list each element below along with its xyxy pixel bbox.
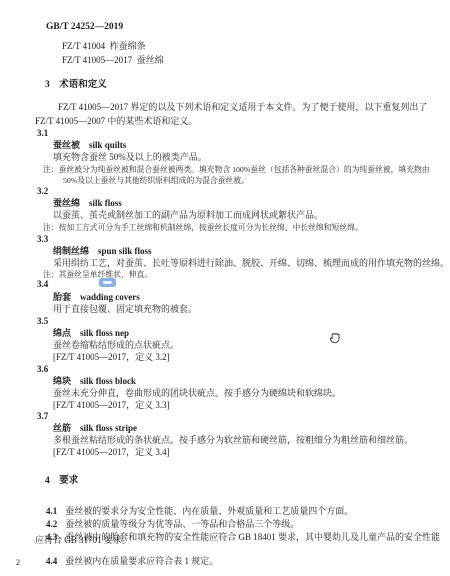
term-note: 50%及以上蚕丝与其他纺织原料组成的为混合蚕丝被。 — [63, 177, 249, 185]
term-definition: 蚕丝卷缩粘结形成的点状疵点。 — [53, 341, 179, 350]
standard-code-header: GB/T 24252—2019 — [46, 23, 123, 33]
pdf-page[interactable]: GB/T 24252—2019 FZ/T 41004 柞蚕绵条 FZ/T 410… — [0, 0, 450, 576]
term-note: 注：其蚕丝呈单纤维状、伸直。 — [43, 271, 152, 279]
term-title: 丝筋 silk floss stripe — [53, 424, 137, 433]
requirement-continuation: 应符合 GB 31701 要求。 — [35, 536, 131, 545]
term-note: 注：按加工方式可分为手工丝绵和机制丝绵，按蚕丝长度可分为长丝绵、中长丝绵和短丝绵… — [43, 224, 363, 232]
term-definition: 以蚕茧、茧壳或制丝加工的副产品为原料加工而成网状或絮状产品。 — [53, 211, 323, 220]
term-source-ref: [FZ/T 41005—2017，定义 3.4] — [53, 448, 170, 457]
term-note: 注：蚕丝被分为纯蚕丝被和混合蚕丝被两类。填充物含 100%蚕丝（包括各种蚕丝混合… — [43, 166, 430, 174]
chip-inner-mark — [103, 281, 112, 284]
clause-4-heading: 4 要求 — [45, 477, 78, 487]
normative-reference: FZ/T 41004 柞蚕绵条 — [62, 42, 146, 51]
term-title: 蚕丝绵 silk floss — [53, 199, 122, 208]
term-source-ref: [FZ/T 41005—2017，定义 3.2] — [53, 353, 170, 362]
term-definition: 蚕丝未充分伸直，卷曲形成的团块状疵点。按手感分为硬绵块和软绵块。 — [53, 389, 341, 398]
term-definition: 多根蚕丝粘结形成的条状疵点。按手感分为软丝筋和硬丝筋，按粗细分为粗丝筋和细丝筋。 — [53, 436, 413, 445]
term-title: 绵点 silk floss nep — [53, 329, 129, 338]
term-definition: 填充物含蚕丝 50%及以上的被类产品。 — [53, 153, 207, 162]
term-number: 3.3 — [37, 235, 48, 244]
term-title: 胎套 wadding covers — [53, 293, 140, 302]
page-number: 2 — [16, 559, 20, 567]
term-title: 绵块 silk floss block — [53, 377, 136, 386]
term-number: 3.4 — [37, 280, 48, 289]
term-title: 绢制丝绵 spun silk floss — [53, 247, 152, 256]
blue-annotation-chip-icon[interactable] — [99, 278, 116, 287]
clause-3-intro: FZ/T 41005—2017 界定的以及下列术语和定义适用于本文件。为了便于使… — [58, 103, 427, 112]
requirement-number: 4.4 — [46, 556, 57, 566]
requirement-text: 蚕丝被内在质量要求应符合表 1 规定。 — [65, 556, 218, 566]
normative-reference: FZ/T 41005—2017 蚕丝绵 — [62, 56, 164, 65]
grab-hand-cursor-icon — [327, 329, 342, 346]
term-number: 3.6 — [37, 365, 48, 374]
term-number: 3.2 — [37, 187, 48, 196]
term-source-ref: [FZ/T 41005—2017，定义 3.3] — [53, 401, 170, 410]
term-number: 3.1 — [37, 129, 48, 138]
term-number: 3.5 — [37, 317, 48, 326]
clause-3-intro: FZ/T 41005—2007 中的某些术语和定义。 — [35, 117, 197, 126]
term-definition: 采用绢纺工艺，对蚕茧、长吐等原料进行除油、脱胶、开绵、切绵、梳理而成的用作填充物… — [53, 259, 449, 268]
requirement-item: 4.4蚕丝被内在质量要求应符合表 1 规定。 — [37, 548, 218, 575]
term-number: 3.7 — [37, 412, 48, 421]
term-definition: 用于直接包覆、固定填充物的被套。 — [53, 305, 197, 314]
clause-3-heading: 3 术语和定义 — [45, 81, 107, 91]
term-title: 蚕丝被 silk quilts — [53, 141, 126, 150]
